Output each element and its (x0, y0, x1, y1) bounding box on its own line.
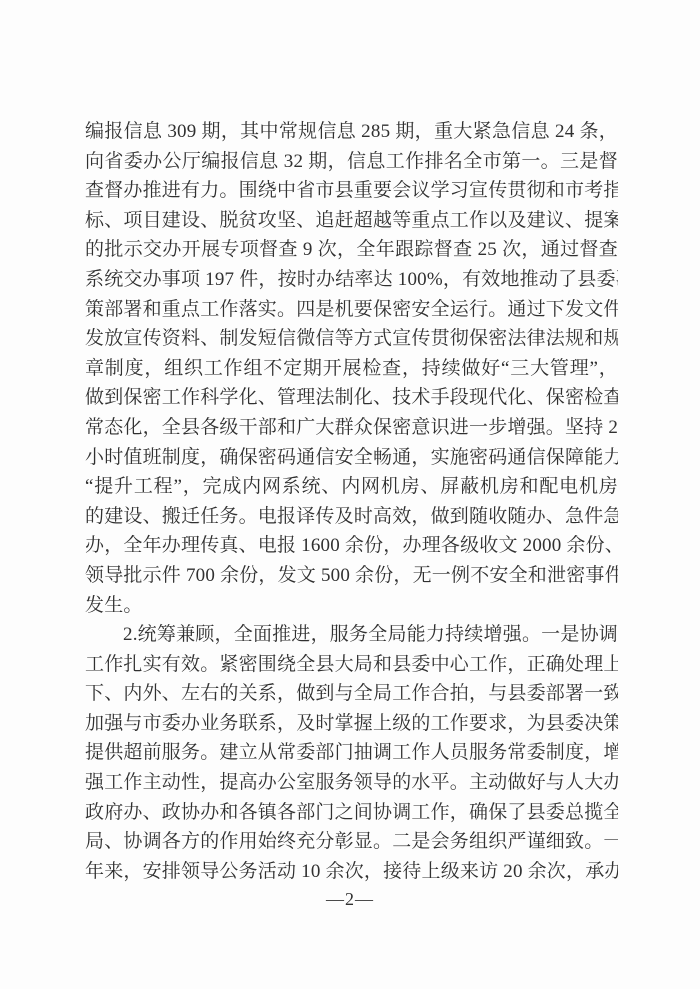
text-line: 政府办、政协办和各镇各部门之间协调工作，确保了县委总揽全 (85, 798, 618, 828)
text-line: 工作扎实有效。紧密围绕全县大局和县委中心工作，正确处理上 (85, 650, 618, 680)
text-line: 策部署和重点工作落实。四是机要保密安全运行。通过下发文件、 (85, 295, 618, 325)
text-line: 编报信息 309 期，其中常规信息 285 期，重大紧急信息 24 条， (85, 117, 618, 147)
text-line: 标、项目建设、脱贫攻坚、追赶超越等重点工作以及建议、提案 (85, 206, 618, 236)
text-line: 局、协调各方的作用始终充分彰显。二是会务组织严谨细致。一 (85, 827, 618, 857)
text-line: 下、内外、左右的关系，做到与全局工作合拍，与县委部署一致。 (85, 679, 618, 709)
document-page: 编报信息 309 期，其中常规信息 285 期，重大紧急信息 24 条，向省委办… (0, 0, 700, 989)
text-line: 办，全年办理传真、电报 1600 余份，办理各级收文 2000 余份、 (85, 531, 618, 561)
text-line: “提升工程”，完成内网系统、内网机房、屏蔽机房和配电机房 (85, 472, 618, 502)
text-line: 的建设、搬迁任务。电报译传及时高效，做到随收随办、急件急 (85, 502, 618, 532)
text-line: 向省委办公厅编报信息 32 期，信息工作排名全市第一。三是督 (85, 147, 618, 177)
text-line: 加强与市委办业务联系，及时掌握上级的工作要求，为县委决策 (85, 709, 618, 739)
page-number: —2— (0, 889, 700, 910)
text-line: 强工作主动性，提高办公室服务领导的水平。主动做好与人大办、 (85, 768, 618, 798)
text-line: 小时值班制度，确保密码通信安全畅通，实施密码通信保障能力 (85, 443, 618, 473)
text-line: 常态化，全县各级干部和广大群众保密意识进一步增强。坚持 24 (85, 413, 618, 443)
text-line: 的批示交办开展专项督查 9 次，全年跟踪督查 25 次，通过督查 (85, 235, 618, 265)
text-line: 做到保密工作科学化、管理法制化、技术手段现代化、保密检查 (85, 383, 618, 413)
text-line: 2.统筹兼顾，全面推进，服务全局能力持续增强。一是协调 (85, 620, 618, 650)
text-line: 查督办推进有力。围绕中省市县重要会议学习宣传贯彻和市考指 (85, 176, 618, 206)
text-line: 系统交办事项 197 件，按时办结率达 100%，有效地推动了县委决 (85, 265, 618, 295)
text-line: 领导批示件 700 余份，发文 500 余份，无一例不安全和泄密事件 (85, 561, 618, 591)
document-body: 编报信息 309 期，其中常规信息 285 期，重大紧急信息 24 条，向省委办… (85, 117, 618, 886)
text-line: 提供超前服务。建立从常委部门抽调工作人员服务常委制度，增 (85, 738, 618, 768)
text-line: 发放宣传资料、制发短信微信等方式宣传贯彻保密法律法规和规 (85, 324, 618, 354)
text-line: 章制度，组织工作组不定期开展检查，持续做好“三大管理”， (85, 354, 618, 384)
text-line: 发生。 (85, 591, 618, 621)
text-line: 年来，安排领导公务活动 10 余次，接待上级来访 20 余次，承办 (85, 857, 618, 887)
